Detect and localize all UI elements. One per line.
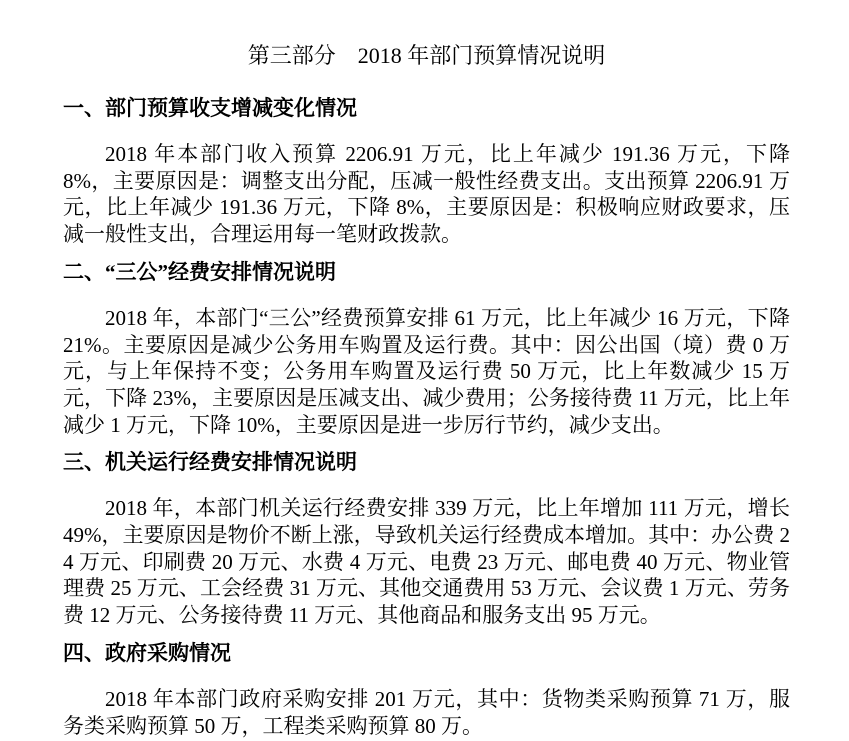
section-paragraph-budget-changes: 2018 年本部门收入预算 2206.91 万元，比上年减少 191.36 万元…: [63, 141, 790, 248]
section-operating-expenses: 三、机关运行经费安排情况说明 2018 年，本部门机关运行经费安排 339 万元…: [63, 451, 790, 629]
section-heading-operating-expenses: 三、机关运行经费安排情况说明: [63, 451, 790, 473]
section-paragraph-government-procurement: 2018 年本部门政府采购安排 201 万元，其中：货物类采购预算 71 万，服…: [63, 686, 790, 739]
section-government-procurement: 四、政府采购情况 2018 年本部门政府采购安排 201 万元，其中：货物类采购…: [63, 642, 790, 739]
section-heading-government-procurement: 四、政府采购情况: [63, 642, 790, 664]
document-title: 第三部分 2018 年部门预算情况说明: [63, 44, 790, 68]
section-three-public-expenses: 二、“三公”经费安排情况说明 2018 年，本部门“三公”经费预算安排 61 万…: [63, 261, 790, 439]
section-paragraph-operating-expenses: 2018 年，本部门机关运行经费安排 339 万元，比上年增加 111 万元，增…: [63, 495, 790, 629]
section-paragraph-three-public-expenses: 2018 年，本部门“三公”经费预算安排 61 万元，比上年减少 16 万元，下…: [63, 305, 790, 439]
section-heading-budget-changes: 一、部门预算收支增减变化情况: [63, 97, 790, 119]
budget-document-page: 第三部分 2018 年部门预算情况说明 一、部门预算收支增减变化情况 2018 …: [0, 0, 849, 741]
section-heading-three-public-expenses: 二、“三公”经费安排情况说明: [63, 261, 790, 283]
section-budget-changes: 一、部门预算收支增减变化情况 2018 年本部门收入预算 2206.91 万元，…: [63, 97, 790, 248]
